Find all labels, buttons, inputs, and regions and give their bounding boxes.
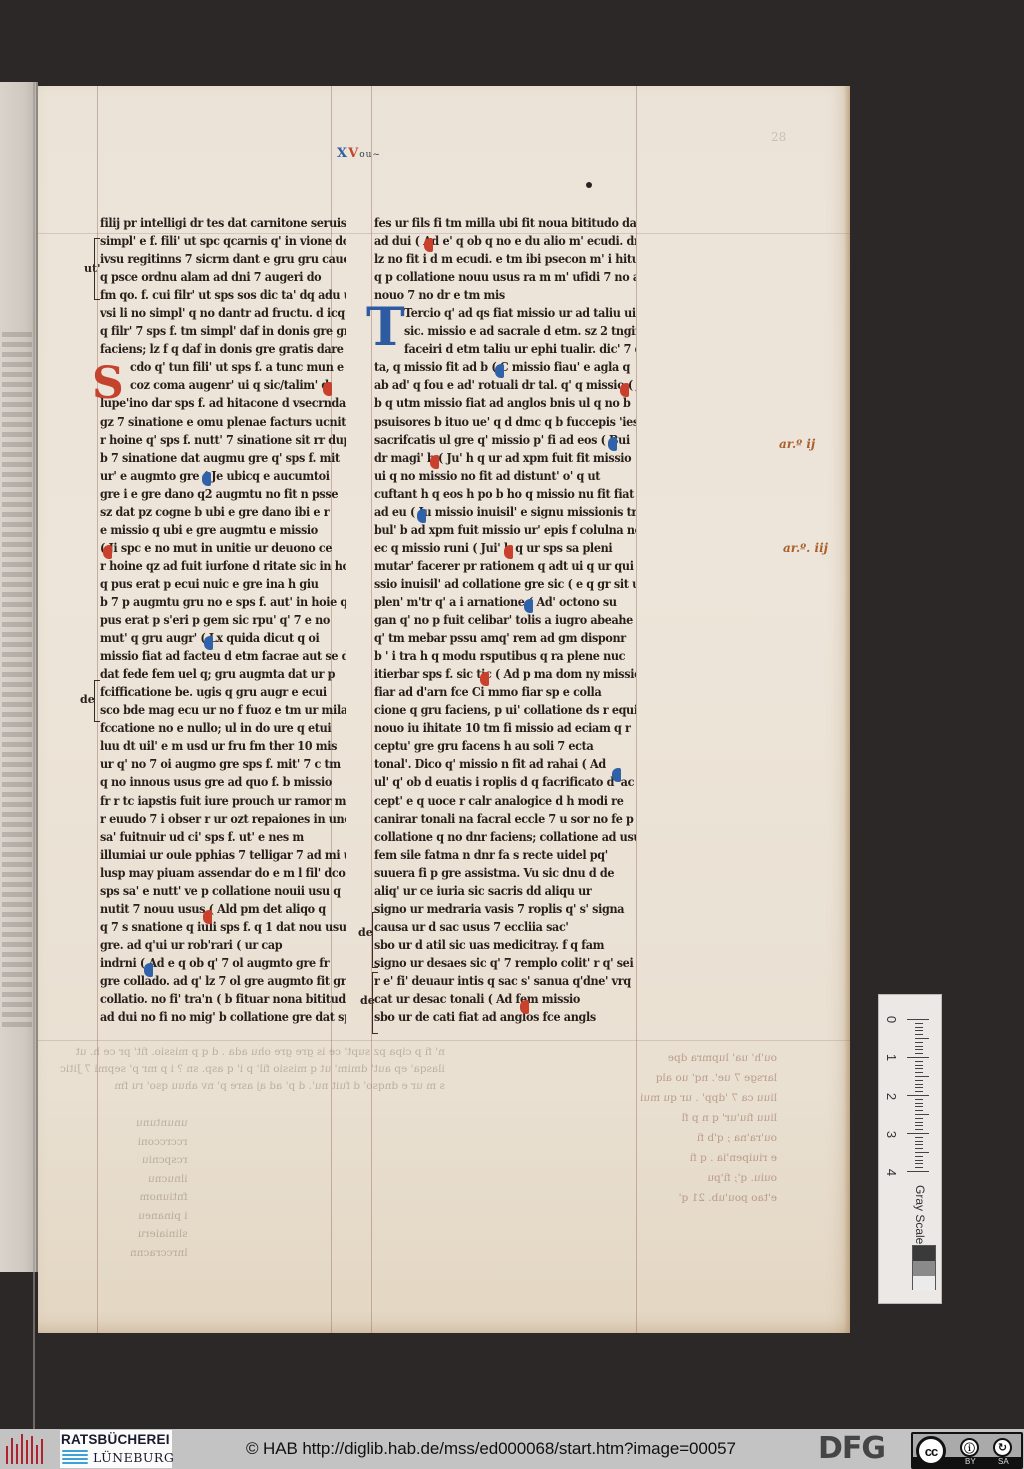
- manuscript-line: r e' fi' deuaur intis q sac s' sanua q'd…: [374, 972, 636, 991]
- book-waves-icon: [62, 1450, 88, 1466]
- ruler-tick: [907, 1095, 929, 1096]
- share-alike-icon: ↻: [993, 1438, 1012, 1457]
- show-through-bracket-list: ou'h' ua' lupmra dpe larsge 7 ue'. nq' u…: [640, 1048, 777, 1208]
- manuscript-line: cdo q' tun fili' ut sps f. a tunc mun e: [100, 358, 346, 377]
- ruler-tick: [915, 1091, 923, 1092]
- paragraph-mark-red: [424, 238, 433, 252]
- gray-scale-target: 0 1 2 3 4 Gray Scale: [878, 994, 942, 1304]
- paragraph-mark-red: [620, 383, 629, 397]
- ruler-tick: [915, 1144, 923, 1145]
- manuscript-line: ad eu ( Ju missio inuisil' e signu missi…: [374, 502, 636, 521]
- paragraph-mark-red: [480, 672, 489, 686]
- show-through-text: n' fi p cipa pz supt' ce is gre gre ohu …: [60, 1044, 445, 1095]
- scale-label-0: 0: [884, 1016, 899, 1023]
- manuscript-line: r hoine q' sps f. nutt' 7 sinatione sit …: [100, 430, 346, 449]
- manuscript-line: fes ur fils fi tm milla ubi fit noua bit…: [374, 214, 636, 232]
- manuscript-line: ivsu regitinns 7 sicrm dant e gru gru ca…: [100, 250, 346, 269]
- attribution-icon: ⓘ: [960, 1438, 979, 1457]
- ruler-tick: [915, 1160, 923, 1161]
- ruler-tick: [915, 1099, 923, 1100]
- manuscript-line: fr r tc iapstis fuit iure prouch ur ramo…: [100, 791, 346, 810]
- manuscript-line: indrni ( Ad e q ob q' 7 ol augmto gre fr: [100, 953, 346, 972]
- manuscript-line: collatio. no fi' tra'n ( b fituar nona b…: [100, 990, 346, 1009]
- manuscript-line: cat ur desac tonali ( Ad fem missio: [374, 990, 636, 1009]
- paragraph-mark-red: [203, 910, 212, 924]
- ruler-tick: [915, 1034, 923, 1035]
- ruler-tick: [915, 1125, 923, 1126]
- ruler-tick: [915, 1106, 923, 1107]
- ruler-tick: [915, 1114, 929, 1115]
- manuscript-line: sz dat pz cogne b ubi e gre dano ibi e r: [100, 502, 346, 521]
- swatch-light: [913, 1276, 935, 1291]
- margin-note-article-2: ar.º ij: [779, 437, 815, 451]
- manuscript-line: fcifficatione be. ugis q gru augr e ecui: [100, 683, 346, 702]
- ruler-tick: [915, 1103, 923, 1104]
- manuscript-line: mut' q gru augr' ( Lx quida dicut q oi: [100, 629, 346, 648]
- paragraph-mark-red: [520, 1000, 529, 1014]
- manuscript-line: psuisores b ituo ue' q d dmc q b fuccepi…: [374, 412, 636, 431]
- ratsbuecherei-mark-icon: [4, 1434, 48, 1464]
- ruler-tick: [915, 1167, 923, 1168]
- text-column-left: filij pr intelligi dr tes dat carnitone …: [100, 214, 346, 1026]
- manuscript-line: bul' b ad xpm fuit missio ur' epis f col…: [374, 520, 636, 539]
- manuscript-line: mutar' facerer pr rationem q adt ui q ur…: [374, 556, 636, 575]
- paragraph-mark-red: [504, 545, 513, 559]
- manuscript-line: gz 7 sinatione e omu plenae facturs ucni…: [100, 412, 346, 431]
- margin-bracket: [94, 238, 100, 300]
- manuscript-line: gre collado. ad q' lz 7 ol gre augmto fi…: [100, 972, 346, 991]
- cc-icon: cc: [916, 1436, 946, 1466]
- manuscript-line: signo ur desaes sic q' 7 remplo colit' r…: [374, 953, 636, 972]
- margin-note-de: de: [358, 926, 373, 939]
- ruler-tick: [915, 1023, 923, 1024]
- library-city: LÜNEBURG: [93, 1450, 174, 1465]
- manuscript-line: gre i e gre dano q2 augmtu no fit n psse: [100, 484, 346, 503]
- ruler-tick: [915, 1163, 923, 1164]
- paragraph-mark-blue: [612, 768, 621, 782]
- ratsbuecherei-logo[interactable]: RATSBÜCHEREI LÜNEBURG: [60, 1430, 172, 1468]
- manuscript-line: nouo 7 no dr e tm mis: [374, 286, 636, 305]
- manuscript-line: Tercio q' ad qs fiat missio ur ad taliu …: [374, 304, 636, 323]
- manuscript-line: q filr' 7 sps f. tm simpl' daf in donis …: [100, 322, 346, 341]
- show-through-diagram: ununtunu rccrcconi rcspcniu ilnucnu fnti…: [130, 1114, 188, 1262]
- manuscript-line: illumiai ur oule pphias 7 telligar 7 ad …: [100, 845, 346, 864]
- manuscript-line: r euudo 7 i obser r ur ozt repaiones in …: [100, 809, 346, 828]
- manuscript-line: aliq' ur ce iuria sic sacris dd aliqu ur: [374, 881, 636, 900]
- manuscript-line: ab ad' q fou e ad' rotuali dr tal. q' q …: [374, 376, 636, 395]
- manuscript-line: q p collatione nouu usus ra m m' ufidi 7…: [374, 268, 636, 287]
- running-head-rest: ou~: [359, 150, 381, 160]
- ruler-tick: [915, 1110, 923, 1111]
- manuscript-line: tonal'. Dico q' missio n fit ad rahai ( …: [374, 755, 636, 774]
- manuscript-line: ui q no missio no fit ad distunt' o' q u…: [374, 466, 636, 485]
- gray-scale-label: Gray Scale: [913, 1185, 927, 1245]
- margin-bracket: [94, 680, 100, 722]
- paragraph-mark-blue: [524, 599, 533, 613]
- ruler-tick: [915, 1087, 923, 1088]
- scale-label-1: 1: [884, 1054, 899, 1061]
- manuscript-line: b 7 sinatione dat augmu gre q' sps f. mi…: [100, 448, 346, 467]
- ruler-tick: [915, 1046, 923, 1047]
- manuscript-line: nutit 7 nouu usus ( Ald pm det aliqo q: [100, 899, 346, 918]
- manuscript-line: cept' e q uoce r calr analogice d h modi…: [374, 791, 636, 810]
- manuscript-line: itierbar sps f. sic tic ( Ad p ma dom ny…: [374, 665, 636, 684]
- manuscript-line: q no innous usus gre ad quo f. b missio: [100, 773, 346, 792]
- manuscript-line: fiar ad d'arn fce Ci mmo fiar sp e colla: [374, 683, 636, 702]
- scale-label-3: 3: [884, 1131, 899, 1138]
- manuscript-line: causa ur d sac usus 7 eccliia sac': [374, 917, 636, 936]
- manuscript-line: ur q' no 7 oi augmo gre sps f. mit' 7 c …: [100, 755, 346, 774]
- previous-leaf-text: [2, 332, 32, 1032]
- manuscript-line: q 7 s snatione q iuli sps f. q 1 dat nou…: [100, 917, 346, 936]
- paragraph-mark-blue: [495, 364, 504, 378]
- ruler-tick: [915, 1027, 923, 1028]
- ruling-line: [371, 86, 372, 1333]
- copyright-link[interactable]: © HAB http://diglib.hab.de/mss/ed000068/…: [246, 1439, 736, 1459]
- footer-bar: RATSBÜCHEREI LÜNEBURG © HAB http://digli…: [0, 1429, 1024, 1469]
- margin-bracket: [372, 912, 378, 968]
- ruler-tick: [915, 1137, 923, 1138]
- ruler-tick: [907, 1019, 929, 1020]
- manuscript-line: filij pr intelligi dr tes dat carnitone …: [100, 214, 346, 232]
- manuscript-line: r hoine qz ad fuit iurfone d ritate sic …: [100, 556, 346, 575]
- manuscript-line: sco bde mag ecu ur no f fuoz e tm ur mil…: [100, 701, 346, 720]
- folio-number: 28: [771, 130, 786, 144]
- decorated-initial-s: S: [92, 362, 124, 406]
- ruler-tick: [915, 1072, 923, 1073]
- manuscript-line: fccatione no e nullo; ul in do ure q etu…: [100, 719, 346, 738]
- manuscript-line: dat fede fem uel q; gru augmta dat ur p: [100, 665, 346, 684]
- manuscript-line: ul' q' ob d euatis i roplis d q facrific…: [374, 773, 636, 792]
- margin-note-de: de: [80, 693, 95, 706]
- scale-ruler: [907, 1019, 931, 1169]
- ruler-tick: [915, 1049, 923, 1050]
- manuscript-line: sbo ur d atil sic uas medicitray. f q fa…: [374, 935, 636, 954]
- paragraph-mark-blue: [608, 437, 617, 451]
- manuscript-line: ur' e augmto gre ( Je ubicq e aucumtoi: [100, 466, 346, 485]
- ruler-tick: [915, 1084, 923, 1085]
- paragraph-mark-blue: [144, 963, 153, 977]
- manuscript-line: ta, q missio fit ad b ( C missio fiau' e…: [374, 358, 636, 377]
- manuscript-line: faciens; lz f q daf in donis gre gratis …: [100, 340, 346, 359]
- ruler-tick: [915, 1068, 923, 1069]
- manuscript-line: q psce ordnu alam ad dni 7 augeri do: [100, 268, 346, 287]
- manuscript-line: lusp may piuam assendar do e m l fil' dc…: [100, 863, 346, 882]
- swatch-mid: [913, 1261, 935, 1276]
- manuscript-line: q' tm mebar pssu amq' rem ad gm disponr: [374, 629, 636, 648]
- manuscript-line: nouo iu ihitate 10 tm fi missio ad eciam…: [374, 719, 636, 738]
- scale-label-4: 4: [884, 1169, 899, 1176]
- ink-spot: [586, 182, 592, 188]
- manuscript-line: gan q' no p fuit celibar' tolis a iugro …: [374, 611, 636, 630]
- manuscript-line: collatione q no dnr faciens; collatione …: [374, 827, 636, 846]
- manuscript-line: simpl' e f. fili' ut spc qcarnis q' in v…: [100, 232, 346, 251]
- paragraph-mark-red: [103, 545, 112, 559]
- paragraph-mark-red: [323, 382, 332, 396]
- ruler-tick: [915, 1038, 929, 1039]
- image-viewer: XVou~ 28 filij pr intelligi dr tes dat c…: [0, 0, 1024, 1429]
- manuscript-line: sa' fuitnuir ud ci' sps f. ut' e nes m: [100, 827, 346, 846]
- manuscript-line: dr magi' b ( Ju' h q ur ad xpm fuit fit …: [374, 448, 636, 467]
- scale-label-2: 2: [884, 1093, 899, 1100]
- manuscript-line: pus erat p s'eri p gem sic rpu' q' 7 e n…: [100, 611, 346, 630]
- manuscript-line: ad dui ( Ad e' q ob q no e du alio m' ec…: [374, 232, 636, 251]
- by-label: BY: [965, 1457, 976, 1467]
- ruler-tick: [915, 1129, 923, 1130]
- paragraph-mark-red: [430, 455, 439, 469]
- manuscript-line: vsi li no simpl' q no dantr ad fructu. d…: [100, 304, 346, 323]
- ruler-tick: [915, 1065, 923, 1066]
- ruler-tick: [915, 1042, 923, 1043]
- library-name: RATSBÜCHEREI: [61, 1432, 170, 1447]
- running-head: XVou~: [337, 146, 381, 161]
- paragraph-mark-blue: [204, 636, 213, 650]
- manuscript-line: ad dui no fi no mig' b collatione gre da…: [100, 1008, 346, 1026]
- ruling-line: [38, 1040, 850, 1041]
- manuscript-line: sacrifcatis ul gre q' missio p' fi ad eo…: [374, 430, 636, 449]
- running-head-v: V: [348, 146, 359, 161]
- manuscript-line: suuera fi p gre assistma. Vu sic dnu d d…: [374, 863, 636, 882]
- paragraph-mark-blue: [202, 472, 211, 486]
- manuscript-line: fem sile fatma n dnr fa s recte uidel pq…: [374, 845, 636, 864]
- glass-plate-edge: [33, 82, 35, 1432]
- manuscript-line: gre. ad q'ui ur rob'rari ( ur cap: [100, 935, 346, 954]
- running-head-x: X: [337, 146, 348, 161]
- decorated-initial-t: T: [366, 302, 405, 354]
- manuscript-line: plen' m'tr q' a i arnatione ( Ad' octono…: [374, 593, 636, 612]
- ruler-tick: [915, 1156, 923, 1157]
- manuscript-line: e missio q ubi e gre augmtu e missio: [100, 520, 346, 539]
- ruler-tick: [915, 1141, 923, 1142]
- manuscript-line: ( Ji spc e no mut in unitie ur deuono ce: [100, 538, 346, 557]
- manuscript-line: faceiri d etm taliu ur ephi tualir. dic'…: [374, 340, 636, 359]
- manuscript-line: ceptu' gre gru facens h au soli 7 ecta: [374, 737, 636, 756]
- manuscript-line: coz coma augenr' ui q sic/talim' d: [100, 376, 346, 395]
- manuscript-line: cuftant h q eos h po b ho q missio nu fi…: [374, 484, 636, 503]
- manuscript-line: q pus erat p ecui nuic e gre ina h giu: [100, 574, 346, 593]
- manuscript-line: sbo ur de cati fiat ad anglos fce angls: [374, 1008, 636, 1026]
- gray-swatches: [912, 1245, 936, 1290]
- ruler-tick: [915, 1122, 923, 1123]
- manuscript-line: luu dt uil' e m usd ur fru fm ther 10 mi…: [100, 737, 346, 756]
- cc-by-sa-license-badge[interactable]: cc ⓘ ↻ BY SA: [911, 1432, 1023, 1469]
- ruler-tick: [915, 1148, 923, 1149]
- manuscript-line: lz no fit i d m ecudi. e tm ibi psecon m…: [374, 250, 636, 269]
- manuscript-line: sps sa' e nutt' ve p collatione nouii us…: [100, 881, 346, 900]
- ruler-tick: [915, 1030, 923, 1031]
- ruler-tick: [907, 1171, 929, 1172]
- manuscript-line: b 7 p augmtu gru no e sps f. aut' in hoi…: [100, 593, 346, 612]
- ruler-tick: [915, 1053, 923, 1054]
- margin-note-article-3: ar.º. iij: [783, 541, 828, 555]
- text-column-right: fes ur fils fi tm milla ubi fit noua bit…: [374, 214, 636, 1026]
- manuscript-line: fm qo. f. cui filr' ut sps sos dic ta' d…: [100, 286, 346, 305]
- ruling-line: [636, 86, 637, 1333]
- ruler-tick: [915, 1076, 929, 1077]
- manuscript-line: lupe'ino dar sps f. ad hitacone d vsecrn…: [100, 394, 346, 413]
- manuscript-line: b ' i tra h q modu rsputibus q ra plene …: [374, 647, 636, 666]
- ruler-tick: [915, 1061, 923, 1062]
- manuscript-line: canirar tonali na facral eccle 7 u sor n…: [374, 809, 636, 828]
- swatch-dark: [913, 1246, 935, 1261]
- ruler-tick: [915, 1080, 923, 1081]
- ruler-tick: [907, 1057, 929, 1058]
- margin-bracket: [372, 972, 378, 1034]
- dfg-logo[interactable]: DFG: [818, 1433, 885, 1465]
- manuscript-line: b q utm missio fiat ad anglos bnis ul q …: [374, 394, 636, 413]
- manuscript-line: signo ur medraria vasis 7 roplis q' s' s…: [374, 899, 636, 918]
- leaf-edge-stain: [844, 86, 850, 1333]
- manuscript-line: ssio inuisil' ad collatione gre sic ( e …: [374, 574, 636, 593]
- paragraph-mark-blue: [417, 509, 426, 523]
- ruler-tick: [907, 1133, 929, 1134]
- sa-label: SA: [998, 1457, 1009, 1467]
- manuscript-line: cione q gru faciens, p ui' collatione ds…: [374, 701, 636, 720]
- manuscript-line: missio fiat ad facteu d etm facrae aut s…: [100, 647, 346, 666]
- ruler-tick: [915, 1152, 929, 1153]
- manuscript-line: sic. missio e ad sacrale d etm. sz 2 tng…: [374, 322, 636, 341]
- ruler-tick: [915, 1118, 923, 1119]
